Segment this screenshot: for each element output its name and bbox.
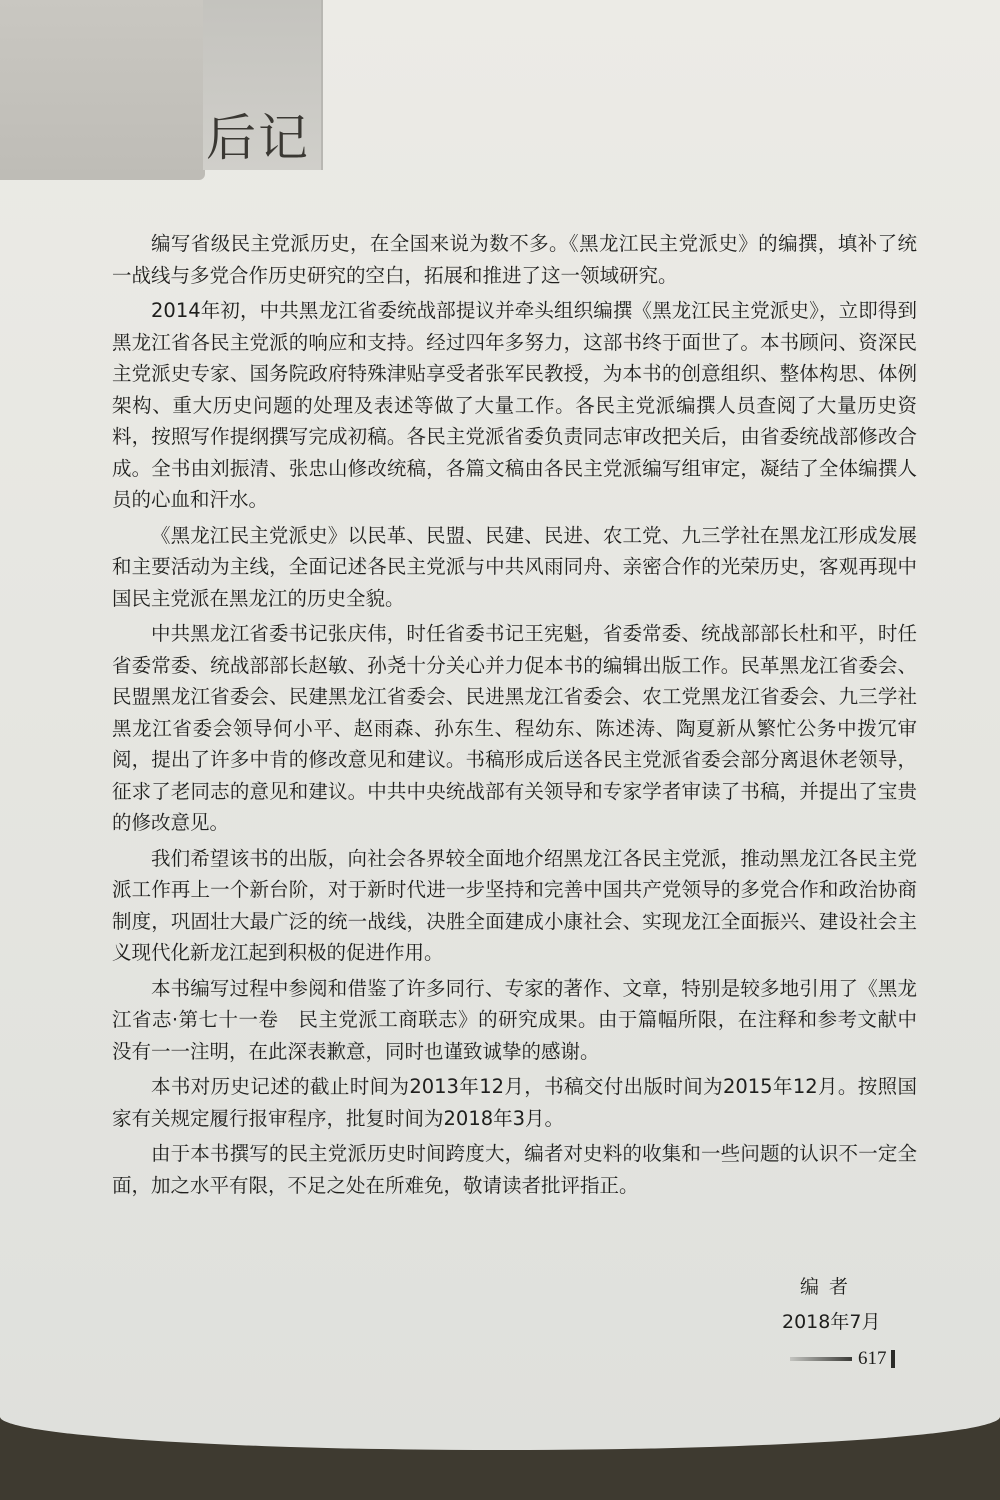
afterword-body: 编写省级民主党派历史，在全国来说为数不多。《黑龙江民主党派史》的编撰，填补了统一… (112, 228, 917, 1205)
signature-author: 编者 (800, 1272, 858, 1299)
paragraph: 《黑龙江民主党派史》以民革、民盟、民建、民进、农工党、九三学社在黑龙江形成发展和… (112, 520, 917, 615)
header-band (0, 0, 205, 180)
folio-bar-mark (891, 1350, 895, 1368)
paragraph: 本书对历史记述的截止时间为2013年12月，书稿交付出版时间为2015年12月。… (112, 1071, 917, 1134)
book-page: 后记 编写省级民主党派历史，在全国来说为数不多。《黑龙江民主党派史》的编撰，填补… (0, 0, 1000, 1450)
page-number: 617 (858, 1348, 887, 1370)
paragraph: 我们希望该书的出版，向社会各界较全面地介绍黑龙江各民主党派，推动黑龙江各民主党派… (112, 843, 917, 969)
page-folio: 617 (790, 1348, 895, 1370)
paragraph: 编写省级民主党派历史，在全国来说为数不多。《黑龙江民主党派史》的编撰，填补了统一… (112, 228, 917, 291)
page-title: 后记 (206, 108, 310, 168)
paragraph: 2014年初，中共黑龙江省委统战部提议并牵头组织编撰《黑龙江民主党派史》，立即得… (112, 295, 917, 516)
paragraph: 中共黑龙江省委书记张庆伟，时任省委书记王宪魁，省委常委、统战部部长杜和平，时任省… (112, 618, 917, 839)
paragraph: 由于本书撰写的民主党派历史时间跨度大，编者对史料的收集和一些问题的认识不一定全面… (112, 1138, 917, 1201)
folio-rule-line (790, 1357, 852, 1361)
paragraph: 本书编写过程中参阅和借鉴了许多同行、专家的著作、文章，特别是较多地引用了《黑龙江… (112, 973, 917, 1068)
signature-date: 2018年7月 (782, 1307, 880, 1334)
